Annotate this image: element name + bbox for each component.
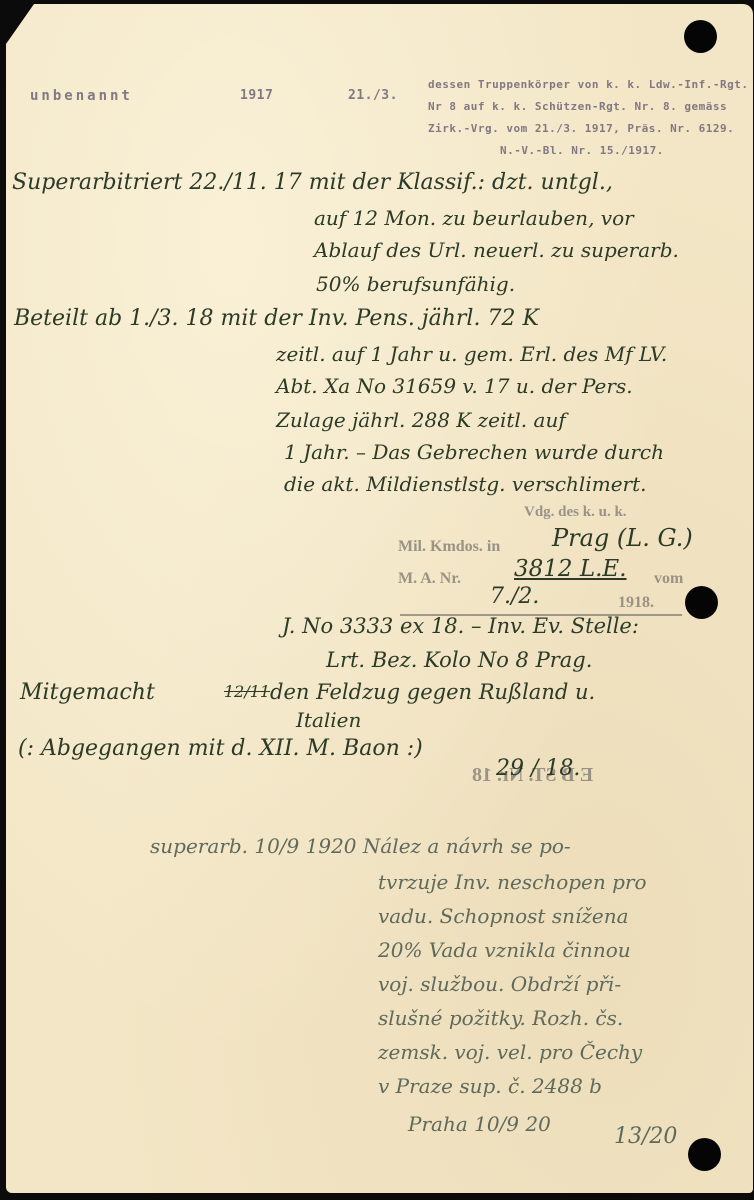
command-stamp-number: 3812 L.E. bbox=[514, 556, 627, 582]
command-stamp-year: 1918. bbox=[618, 594, 654, 612]
czech-note-line-3: vadu. Schopnost snížena bbox=[378, 904, 629, 928]
command-stamp-date: 7./2. bbox=[490, 584, 539, 609]
pension-line-4: Zulage jährl. 288 K zeitl. auf bbox=[276, 408, 566, 432]
command-stamp-line-1: Vdg. des k. u. k. bbox=[524, 504, 627, 521]
czech-note-line-6: slušné požitky. Rozh. čs. bbox=[378, 1006, 623, 1030]
pension-line-5: 1 Jahr. – Das Gebrechen wurde durch bbox=[284, 440, 664, 464]
czech-note-line-7: zemsk. voj. vel. pro Čechy bbox=[378, 1040, 642, 1064]
superarb-line-3: Ablauf des Url. neuerl. zu superarb. bbox=[314, 238, 679, 262]
command-stamp-vom: vom bbox=[654, 570, 683, 588]
record-card: unbenannt 1917 21./3. dessen Truppenkörp… bbox=[6, 4, 753, 1193]
superarb-line-4: 50% berufsunfähig. bbox=[316, 272, 515, 296]
czech-note-place-date: Praha 10/9 20 bbox=[408, 1112, 551, 1136]
punch-hole-top bbox=[684, 20, 717, 53]
czech-note-line-8: v Praze sup. č. 2488 b bbox=[378, 1074, 602, 1098]
command-stamp-prefix-2: Mil. Kmdos. in bbox=[398, 538, 500, 556]
pension-line-3: Abt. Xa No 31659 v. 17 u. der Pers. bbox=[276, 374, 633, 398]
campaign-line-1: den Feldzug gegen Rußland u. bbox=[270, 680, 595, 704]
punch-hole-bottom bbox=[688, 1138, 721, 1171]
czech-note-line-2: tvrzuje Inv. neschopen pro bbox=[378, 870, 647, 894]
campaign-line-2: Italien bbox=[296, 708, 361, 732]
stamp-year: 1917 bbox=[240, 88, 273, 103]
stamp-line-2: Nr 8 auf k. k. Schützen-Rgt. Nr. 8. gemä… bbox=[428, 100, 727, 113]
punch-hole-middle bbox=[685, 586, 718, 619]
czech-note-line-1: superarb. 10/9 1920 Nález a návrh se po- bbox=[150, 834, 571, 858]
superarb-line-1: Superarbitriert 22./11. 17 mit der Klass… bbox=[12, 170, 613, 195]
czech-note-line-4: 20% Vada vznikla činnou bbox=[378, 938, 631, 962]
invalid-office-line-1: J. No 3333 ex 18. – Inv. Ev. Stelle: bbox=[282, 614, 639, 638]
czech-note-line-5: voj. službou. Obdrží při- bbox=[378, 972, 621, 996]
campaign-prefix: Mitgemacht bbox=[20, 680, 155, 705]
stamp-date: 21./3. bbox=[348, 88, 398, 103]
stamp-word: unbenannt bbox=[30, 88, 133, 104]
command-stamp-location: Prag (L. G.) bbox=[552, 524, 693, 552]
campaign-struck-date: 12/11 bbox=[224, 682, 270, 701]
stamp-line-4: N.-V.-Bl. Nr. 15./1917. bbox=[500, 144, 664, 157]
superarb-line-2: auf 12 Mon. zu beurlauben, vor bbox=[314, 206, 634, 230]
pension-line-1: Beteilt ab 1./3. 18 mit der Inv. Pens. j… bbox=[14, 306, 539, 331]
command-stamp-prefix-3: M. A. Nr. bbox=[398, 570, 461, 588]
czech-note-ref: 13/20 bbox=[614, 1124, 677, 1149]
ebst-handwritten: 29 / 18. bbox=[496, 756, 580, 781]
pension-line-6: die akt. Mildienstlstg. verschlimert. bbox=[284, 472, 646, 496]
stamp-line-3: Zirk.-Vrg. vom 21./3. 1917, Präs. Nr. 61… bbox=[428, 122, 734, 135]
campaign-line-3: (: Abgegangen mit d. XII. M. Baon :) bbox=[18, 736, 423, 761]
invalid-office-line-2: Lrt. Bez. Kolo No 8 Prag. bbox=[326, 648, 592, 672]
stamp-line-1: dessen Truppenkörper von k. k. Ldw.-Inf.… bbox=[428, 78, 749, 91]
pension-line-2: zeitl. auf 1 Jahr u. gem. Erl. des Mf LV… bbox=[276, 342, 667, 366]
